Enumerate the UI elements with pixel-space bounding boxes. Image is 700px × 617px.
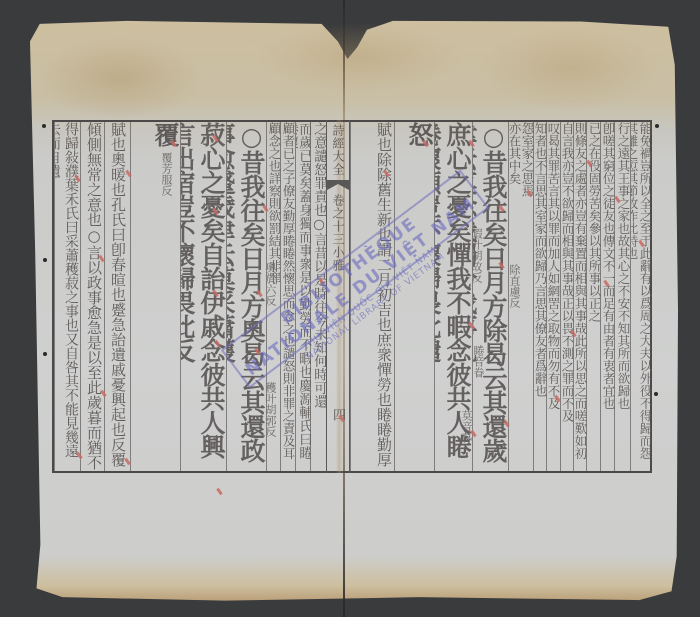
margin-mark [42, 124, 46, 128]
phonetic-note: 睠音眷 [470, 345, 486, 378]
margin-mark [43, 258, 47, 262]
main-text: 昔我往矣日月方除曷云其還歲聿云莫念我獨兮我事孔 [472, 122, 508, 462]
commentary-column: 行之遠其王事之家也故其心之不安不知其所而欲歸也 [614, 122, 630, 471]
commentary-column: 叹曷其罪苦言其以罪而加人如網罟之取物而勿有不及 [546, 122, 560, 471]
margin-mark [43, 352, 47, 356]
commentary-column: 賦也奧暖也孔氏曰卽春暄也蹙急詒遺戚憂興起也反覆 [104, 122, 128, 471]
circle-marker: ○ [237, 122, 266, 150]
book-title: 詩經大全 [329, 124, 347, 176]
commentary-column: 傾側無常之意也○言以政事愈急是以至此歲暮而猶不 [80, 122, 104, 471]
fishtail-mark [327, 180, 349, 190]
circle-marker: ○ [479, 122, 508, 150]
commentary-column: 知者也不言思其室家而欲歸乃言思其僚友者爲辭也 [533, 122, 547, 471]
commentary-column: 則條友之處者亦豈有棄置而相與其事哉此所以思之而嗟歎如初 [573, 122, 587, 471]
margin-mark [654, 392, 658, 396]
commentary-column: 怨室家之思焉 [520, 122, 534, 471]
main-text-column: 怒 [394, 122, 434, 471]
main-text-column: 菽心之憂矣自詒伊戚念彼共人興言出宿豈不懷歸畏此反 [180, 122, 226, 471]
main-text-column: ○昔我往矣日月方除曷云其還歲聿云莫念我獨兮我事孔 [472, 122, 508, 471]
phonetic-note: 覆芳服反 [158, 152, 174, 196]
phonetic-note: 奧於六反 [262, 262, 278, 306]
commentary-column: 卽嗟其窮位之徒友也傳文不一而足有由者有衷者宜也 [600, 122, 615, 471]
phonetic-note: 除直慮反 [506, 264, 522, 308]
commentary-column: 能免禍豈所以全之至于此辭有以爲周之大夫以外役不得歸而怨其離之愆其節故作此詩也 [630, 122, 652, 471]
commentary-column: 已之在役固勞苦矣參以其所事以正之 [586, 122, 601, 471]
commentary-column: 自言我亦豈不欲歸而相與其事哉正以畏不測之罪而不及 [560, 122, 574, 471]
margin-mark [655, 124, 659, 128]
